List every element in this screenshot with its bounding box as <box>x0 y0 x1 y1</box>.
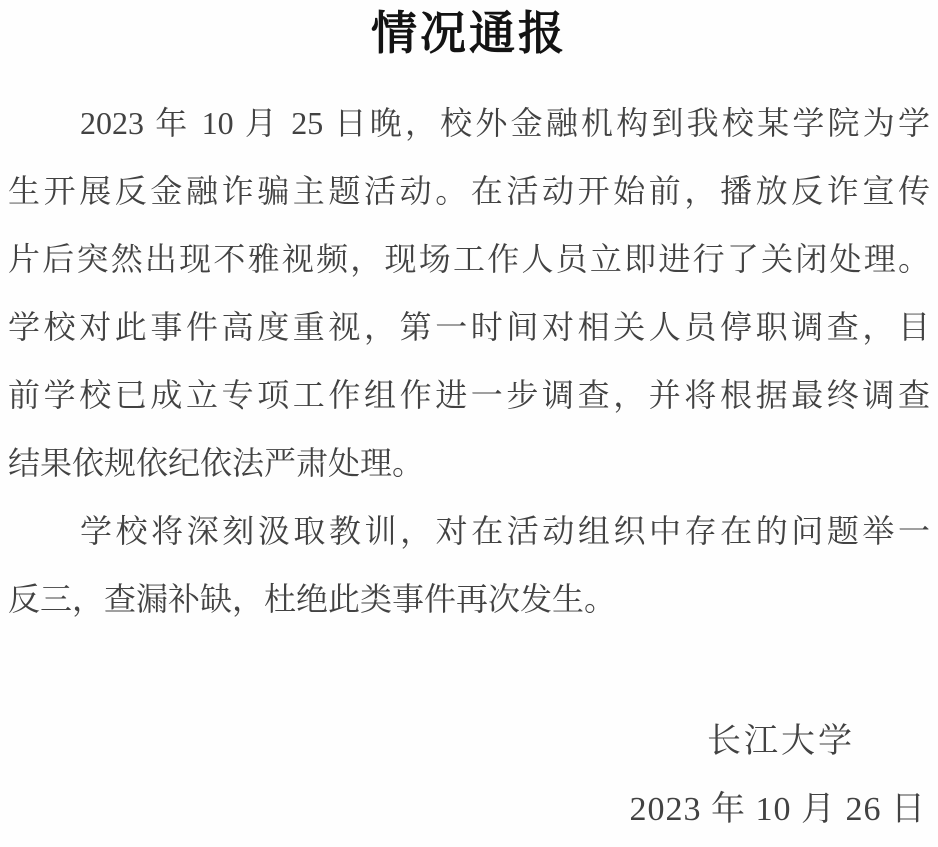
paragraph2-line2: 反三，查漏补缺，杜绝此类事件再次发生。 <box>8 565 930 633</box>
document-title: 情况通报 <box>0 0 938 62</box>
paragraph1-line3: 片后突然出现不雅视频，现场工作人员立即进行了关闭处理。 <box>8 225 930 293</box>
paragraph1-line2: 生开展反金融诈骗主题活动。在活动开始前，播放反诈宣传 <box>8 157 930 225</box>
paragraph1-line1: 2023 年 10 月 25 日晚，校外金融机构到我校某学院为学 <box>8 89 930 157</box>
paragraph2-line1: 学校将深刻汲取教训，对在活动组织中存在的问题举一 <box>8 497 930 565</box>
signature-block: 长江大学 2023 年 10 月 26 日 <box>0 708 938 844</box>
paragraph1-line6: 结果依规依纪依法严肃处理。 <box>8 429 930 497</box>
paragraph1-line5: 前学校已成立专项工作组作进一步调查，并将根据最终调查 <box>8 361 930 429</box>
paragraph1-line4: 学校对此事件高度重视，第一时间对相关人员停职调查，目 <box>8 293 930 361</box>
document-body: 2023 年 10 月 25 日晚，校外金融机构到我校某学院为学 生开展反金融诈… <box>0 62 938 633</box>
signature: 长江大学 <box>0 708 938 776</box>
date: 2023 年 10 月 26 日 <box>0 776 938 844</box>
notice-document: 情况通报 2023 年 10 月 25 日晚，校外金融机构到我校某学院为学 生开… <box>0 0 938 847</box>
